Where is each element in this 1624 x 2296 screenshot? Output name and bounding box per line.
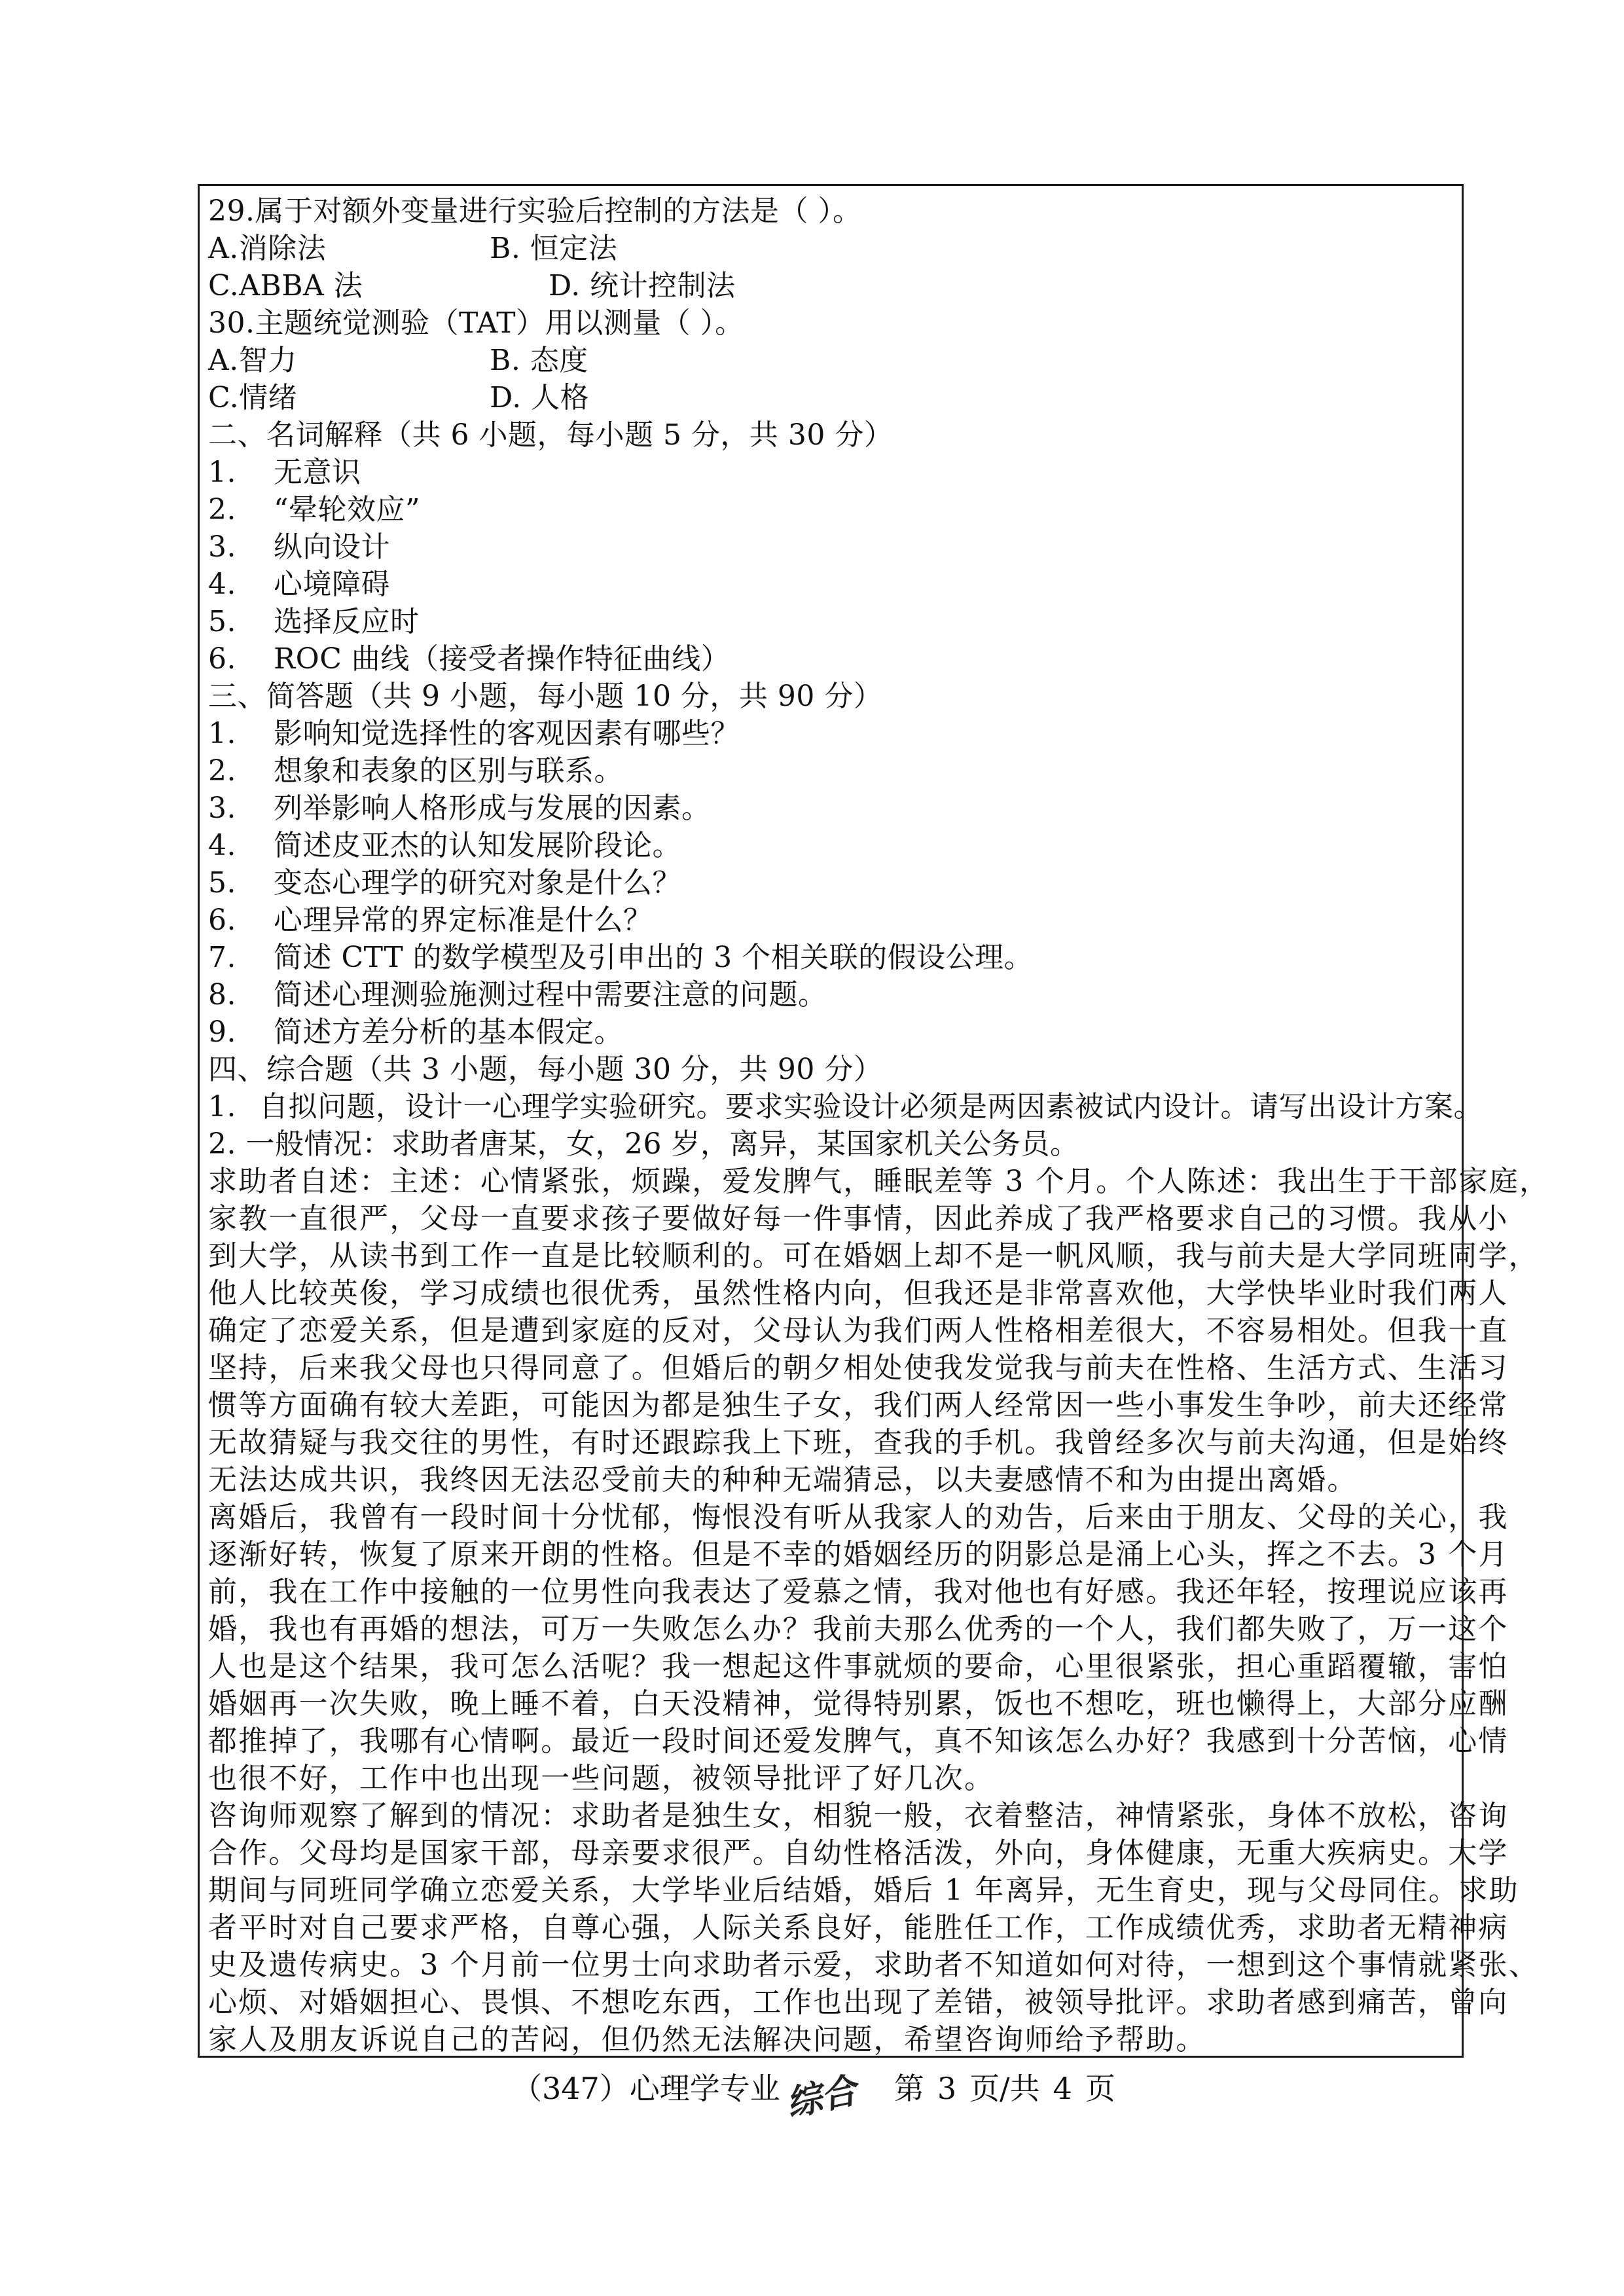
case-self-report-line: 前，我在工作中接触的一位男性向我表达了爱慕之情，我对他也有好感。我还年轻，按理说… bbox=[208, 1573, 1458, 1611]
case-self-report-line: 人也是这个结果，我可怎么活呢？我一想起这件事就烦的要命，心里很紧张，担心重蹈覆辙… bbox=[208, 1648, 1458, 1685]
question-text: 简述 CTT 的数学模型及引申出的 3 个相关联的假设公理。 bbox=[274, 941, 1033, 974]
question-text: 想象和表象的区别与联系。 bbox=[274, 754, 623, 788]
term-number: 6. bbox=[208, 640, 274, 678]
exam-content: 29.属于对额外变量进行实验后控制的方法是（ ）。 A.消除法 B. 恒定法 C… bbox=[208, 192, 1458, 2058]
term-text: 心境障碍 bbox=[274, 568, 390, 601]
case-self-report-line: 无故猜疑与我交往的男性，有时还跟踪我上下班，查我的手机。我曾经多次与前夫沟通，但… bbox=[208, 1424, 1458, 1461]
short-answer-item: 1.影响知觉选择性的客观因素有哪些？ bbox=[208, 715, 1458, 752]
question-text: 心理异常的界定标准是什么？ bbox=[274, 903, 653, 937]
question-30-stem: 30.主题统觉测验（TAT）用以测量（ ）。 bbox=[208, 304, 1458, 342]
question-29-options-row-2: C.ABBA 法 D. 统计控制法 bbox=[208, 267, 1458, 304]
case-counselor-line: 者平时对自己要求严格，自尊心强，人际关系良好，能胜任工作，工作成绩优秀，求助者无… bbox=[208, 1909, 1458, 1946]
short-answer-item: 6.心理异常的界定标准是什么？ bbox=[208, 902, 1458, 939]
question-text: 影响知觉选择性的客观因素有哪些？ bbox=[274, 717, 740, 750]
term-item: 2.“晕轮效应” bbox=[208, 491, 1458, 528]
question-30-option-a: A.智力 bbox=[208, 342, 490, 379]
case-counselor-line: 期间与同班同学确立恋爱关系，大学毕业后结婚，婚后 1 年离异，无生育史，现与父母… bbox=[208, 1872, 1458, 1909]
term-item: 6.ROC 曲线（接受者操作特征曲线） bbox=[208, 640, 1458, 678]
case-counselor-line: 咨询师观察了解到的情况：求助者是独生女，相貌一般，衣着整洁，神情紧张，身体不放松… bbox=[208, 1797, 1458, 1834]
handwritten-annotation: 综合 bbox=[783, 2071, 860, 2124]
question-29-option-c: C.ABBA 法 bbox=[208, 267, 549, 304]
question-number: 3. bbox=[208, 790, 274, 827]
question-29-options-row-1: A.消除法 B. 恒定法 bbox=[208, 230, 1458, 267]
term-item: 5.选择反应时 bbox=[208, 603, 1458, 640]
case-counselor-line: 家人及朋友诉说自己的苦闷，但仍然无法解决问题，希望咨询师给予帮助。 bbox=[208, 2021, 1458, 2058]
short-answer-item: 4.简述皮亚杰的认知发展阶段论。 bbox=[208, 827, 1458, 864]
term-text: 无意识 bbox=[274, 456, 361, 489]
question-30-options-row-1: A.智力 B. 态度 bbox=[208, 342, 1458, 379]
case-self-report-line: 确定了恋爱关系，但是遭到家庭的反对，父母认为我们两人性格相差很大，不容易相处。但… bbox=[208, 1312, 1458, 1349]
case-self-report-line: 离婚后，我曾有一段时间十分忧郁，悔恨没有听从我家人的劝告，后来由于朋友、父母的关… bbox=[208, 1499, 1458, 1536]
page-suffix: 页 bbox=[1085, 2071, 1115, 2106]
question-number: 5. bbox=[208, 864, 274, 902]
question-text: 简述方差分析的基本假定。 bbox=[274, 1015, 623, 1049]
question-number: 2. bbox=[208, 752, 274, 790]
term-item: 3.纵向设计 bbox=[208, 528, 1458, 566]
question-text: 列举影响人格形成与发展的因素。 bbox=[274, 792, 711, 825]
page-prefix: 第 bbox=[894, 2071, 924, 2106]
short-answer-item: 2.想象和表象的区别与联系。 bbox=[208, 752, 1458, 790]
term-item: 4.心境障碍 bbox=[208, 566, 1458, 603]
term-text: ROC 曲线（接受者操作特征曲线） bbox=[274, 642, 730, 676]
page-footer: （347）心理学专业 综合 第3页/共4页 bbox=[512, 2069, 1122, 2108]
page-separator: 页/共 bbox=[969, 2071, 1040, 2106]
question-30-options-row-2: C.情绪 D. 人格 bbox=[208, 379, 1458, 416]
case-self-report-line: 家教一直很严，父母一直要求孩子要做好每一件事情，因此养成了我严格要求自己的习惯。… bbox=[208, 1200, 1458, 1237]
case-self-report-line: 坚持，后来我父母也只得同意了。但婚后的朝夕相处使我发觉我与前夫在性格、生活方式、… bbox=[208, 1349, 1458, 1387]
case-counselor-line: 心烦、对婚姻担心、畏惧、不想吃东西，工作也出现了差错，被领导批评。求助者感到痛苦… bbox=[208, 1984, 1458, 2021]
term-number: 4. bbox=[208, 566, 274, 603]
case-self-report-line: 他人比较英俊，学习成绩也很优秀，虽然性格内向，但我还是非常喜欢他，大学快毕业时我… bbox=[208, 1275, 1458, 1312]
question-text: 简述心理测验施测过程中需要注意的问题。 bbox=[274, 978, 827, 1011]
question-29-option-a: A.消除法 bbox=[208, 230, 490, 267]
section-4-heading: 四、综合题（共 3 小题，每小题 30 分，共 90 分） bbox=[208, 1051, 1458, 1088]
case-self-report-line: 婚，我也有再婚的想法，可万一失败怎么办？我前夫那么优秀的一个人，我们都失败了，万… bbox=[208, 1611, 1458, 1648]
exam-code-subject: （347）心理学专业 bbox=[512, 2069, 780, 2108]
question-29-stem: 29.属于对额外变量进行实验后控制的方法是（ ）。 bbox=[208, 192, 1458, 230]
short-answer-item: 5.变态心理学的研究对象是什么？ bbox=[208, 864, 1458, 902]
question-number: 1. bbox=[208, 715, 274, 752]
page-current: 3 bbox=[937, 2071, 956, 2106]
short-answer-item: 8.简述心理测验施测过程中需要注意的问题。 bbox=[208, 976, 1458, 1013]
question-29-option-d: D. 统计控制法 bbox=[549, 267, 736, 304]
case-counselor-line: 史及遗传病史。3 个月前一位男士向求助者示爱，求助者不知道如何对待，一想到这个事… bbox=[208, 1946, 1458, 1984]
question-number: 9. bbox=[208, 1013, 274, 1051]
term-number: 3. bbox=[208, 528, 274, 566]
case-self-report-line: 逐渐好转，恢复了原来开朗的性格。但是不幸的婚姻经历的阴影总是涌上心头，挥之不去。… bbox=[208, 1536, 1458, 1573]
question-number: 1. bbox=[208, 1088, 259, 1125]
short-answer-item: 3.列举影响人格形成与发展的因素。 bbox=[208, 790, 1458, 827]
term-number: 2. bbox=[208, 491, 274, 528]
term-text: 纵向设计 bbox=[274, 530, 390, 564]
question-number: 4. bbox=[208, 827, 274, 864]
section-2-heading: 二、名词解释（共 6 小题，每小题 5 分，共 30 分） bbox=[208, 416, 1458, 454]
question-text: 自拟问题，设计一心理学实验研究。要求实验设计必须是两因素被试内设计。请写出设计方… bbox=[259, 1090, 1483, 1123]
question-30-option-d: D. 人格 bbox=[490, 379, 589, 416]
question-30-option-b: B. 态度 bbox=[490, 342, 588, 379]
case-self-report-line: 无法达成共识，我终因无法忍受前夫的种种无端猜忌，以夫妻感情不和为由提出离婚。 bbox=[208, 1461, 1458, 1499]
case-self-report-line: 到大学，从读书到工作一直是比较顺利的。可在婚姻上却不是一帆风顺，我与前夫是大学同… bbox=[208, 1237, 1458, 1275]
question-29-option-b: B. 恒定法 bbox=[490, 230, 617, 267]
case-self-report-line: 惯等方面确有较大差距，可能因为都是独生子女，我们两人经常因一些小事发生争吵，前夫… bbox=[208, 1387, 1458, 1424]
term-number: 5. bbox=[208, 603, 274, 640]
question-number: 6. bbox=[208, 902, 274, 939]
comprehensive-question-1: 1.自拟问题，设计一心理学实验研究。要求实验设计必须是两因素被试内设计。请写出设… bbox=[208, 1088, 1458, 1125]
question-number: 8. bbox=[208, 976, 274, 1013]
case-self-report-line: 都推掉了，我哪有心情啊。最近一段时间还爱发脾气，真不知该怎么办好？我感到十分苦恼… bbox=[208, 1722, 1458, 1760]
page-total: 4 bbox=[1053, 2071, 1072, 2106]
term-number: 1. bbox=[208, 454, 274, 491]
question-text: 简述皮亚杰的认知发展阶段论。 bbox=[274, 829, 681, 862]
term-item: 1.无意识 bbox=[208, 454, 1458, 491]
term-text: “晕轮效应” bbox=[274, 493, 420, 526]
question-30-option-c: C.情绪 bbox=[208, 379, 490, 416]
section-3-heading: 三、简答题（共 9 小题，每小题 10 分，共 90 分） bbox=[208, 678, 1458, 715]
comprehensive-question-2-intro: 2. 一般情况：求助者唐某，女，26 岁，离异，某国家机关公务员。 bbox=[208, 1125, 1458, 1163]
term-text: 选择反应时 bbox=[274, 605, 420, 638]
page-number: 第3页/共4页 bbox=[888, 2069, 1122, 2108]
question-text: 变态心理学的研究对象是什么？ bbox=[274, 866, 681, 900]
question-number: 7. bbox=[208, 939, 274, 976]
case-self-report-line: 求助者自述：主述：心情紧张，烦躁，爱发脾气，睡眠差等 3 个月。个人陈述：我出生… bbox=[208, 1163, 1458, 1200]
short-answer-item: 9.简述方差分析的基本假定。 bbox=[208, 1013, 1458, 1051]
case-self-report-line: 婚姻再一次失败，晚上睡不着，白天没精神，觉得特别累，饭也不想吃，班也懒得上，大部… bbox=[208, 1685, 1458, 1722]
short-answer-item: 7.简述 CTT 的数学模型及引申出的 3 个相关联的假设公理。 bbox=[208, 939, 1458, 976]
case-self-report-line: 也很不好，工作中也出现一些问题，被领导批评了好几次。 bbox=[208, 1760, 1458, 1797]
case-counselor-line: 合作。父母均是国家干部，母亲要求很严。自幼性格活泼，外向，身体健康，无重大疾病史… bbox=[208, 1834, 1458, 1872]
